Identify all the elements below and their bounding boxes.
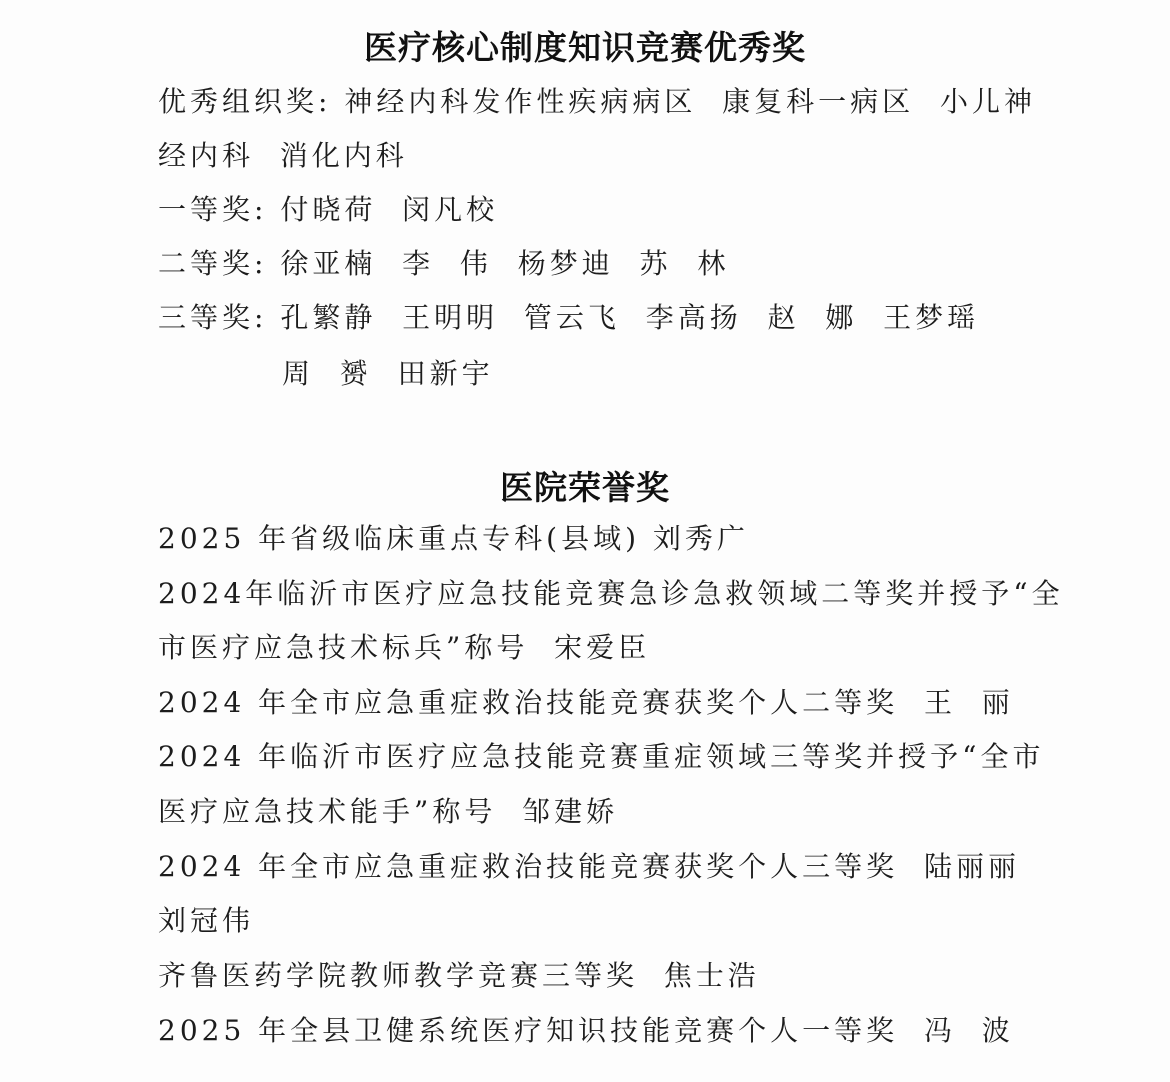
organization-award-line-cont: 经内科 消化内科	[158, 138, 408, 174]
second-prize-line: 二等奖: 徐亚楠 李 伟 杨梦迪 苏 林	[158, 246, 729, 282]
third-prize-line-cont: 周 赟 田新宇	[282, 356, 494, 392]
honor-line: 2025 年省级临床重点专科(县域) 刘秀广	[158, 521, 749, 557]
organization-award-line: 优秀组织奖: 神经内科发作性疾病病区 康复科一病区 小儿神	[158, 84, 1036, 120]
honor-line: 2024 年全市应急重症救治技能竞赛获奖个人三等奖 陆丽丽	[158, 849, 1020, 885]
section-title-hospital-honors: 医院荣誉奖	[0, 462, 1170, 509]
honor-line: 医疗应急技术能手”称号 邹建娇	[158, 794, 618, 830]
document-page: 医疗核心制度知识竞赛优秀奖 优秀组织奖: 神经内科发作性疾病病区 康复科一病区 …	[0, 0, 1170, 1082]
honor-line: 刘冠伟	[158, 903, 254, 939]
honor-line: 2024 年临沂市医疗应急技能竞赛重症领域三等奖并授予“全市	[158, 739, 1044, 775]
honor-line: 齐鲁医药学院教师教学竞赛三等奖 焦士浩	[158, 958, 760, 994]
honor-line: 2025 年全县卫健系统医疗知识技能竞赛个人一等奖 冯 波	[158, 1013, 1014, 1049]
honor-line: 2024年临沂市医疗应急技能竞赛急诊急救领域二等奖并授予“全	[158, 576, 1064, 612]
honor-line: 2024 年全市应急重症救治技能竞赛获奖个人二等奖 王 丽	[158, 685, 1014, 721]
section-title-core-system-contest: 医疗核心制度知识竞赛优秀奖	[0, 22, 1170, 69]
third-prize-line: 三等奖: 孔繁静 王明明 管云飞 李高扬 赵 娜 王梦瑶	[158, 300, 979, 336]
first-prize-line: 一等奖: 付晓荷 闵凡校	[158, 192, 498, 228]
honor-line: 市医疗应急技术标兵”称号 宋爱臣	[158, 630, 650, 666]
